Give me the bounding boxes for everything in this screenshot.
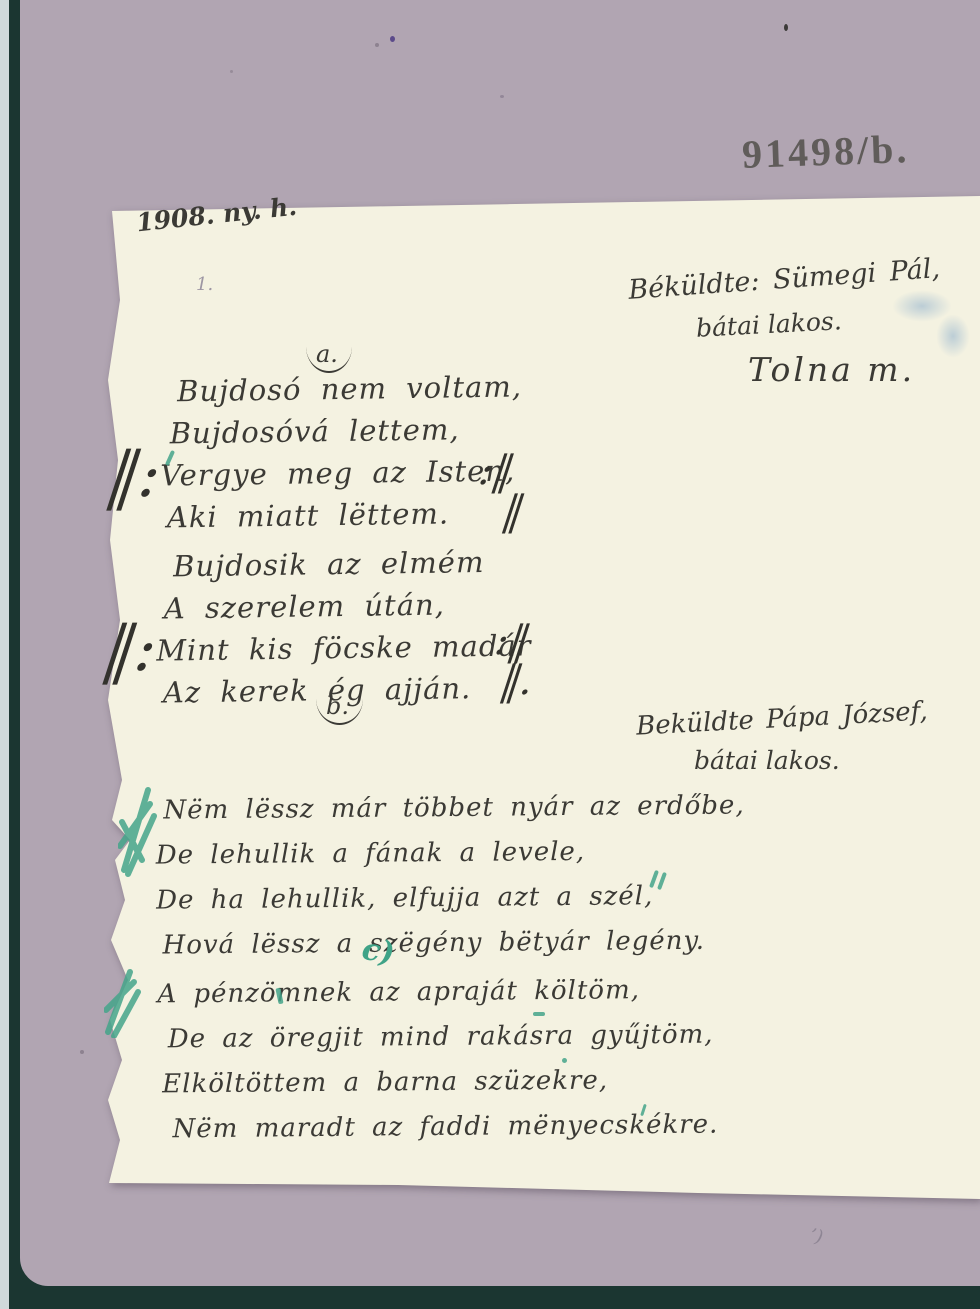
verse-line: Hová lëssz a szëgény bëtyár legény.: [162, 918, 746, 968]
mat-speck: [230, 70, 233, 73]
green-mark: [562, 1058, 567, 1063]
song1-verse1: Bujdosó nem voltam, Bujdosóvá lettem, Ve…: [157, 365, 524, 538]
verse-line: Elköltöttem a barna szüzekre,: [162, 1058, 718, 1108]
pencil-number: 1.: [196, 274, 213, 295]
scanned-manuscript-page: 91498/b. 1908. ny. h. 1. Béküldte: Sümeg…: [0, 0, 980, 1309]
verse-line: Aki miatt lëttem.: [167, 491, 524, 538]
green-crayon-scribble: [118, 782, 158, 877]
verse-line: Mint kis föcske madár: [156, 624, 532, 671]
mat-speck: [500, 95, 504, 98]
mat-speck: [390, 36, 395, 42]
submitter1-county: Tolna m.: [748, 350, 915, 389]
submitter2-residence-line: bátai lakos.: [694, 746, 840, 775]
mat-speck: [80, 1050, 84, 1054]
verse-line: De ha lehullik, elfujja azt a szél,: [156, 873, 746, 923]
blue-ink-smudge: [936, 314, 970, 358]
verse-line: Bujdosóvá lettem,: [169, 407, 522, 454]
green-mark: [533, 1012, 545, 1016]
verse-line: Nëm maradt az faddi mënyecskékre.: [172, 1103, 718, 1153]
song2-verse2: A pénzömnek az apraját költöm, De az öre…: [153, 968, 718, 1153]
song2-verse1: Nëm lëssz már többet nyár az erdőbe, De …: [159, 783, 746, 968]
verse-line: De az öregjit mind rakásra gyűjtöm,: [168, 1013, 718, 1063]
verse-line: A pénzömnek az apraját költöm,: [157, 968, 717, 1018]
mat-speck: [375, 43, 379, 47]
green-crayon-scribble: [104, 966, 142, 1038]
verse-line: Bujdosó nem voltam,: [177, 365, 522, 412]
verse-line: Nëm lëssz már többet nyár az erdőbe,: [163, 783, 745, 833]
archive-stamp-number: 91498/b.: [741, 125, 910, 178]
verse-line: Vergye meg az Isten,: [160, 449, 523, 496]
verse-line: Bujdosik az elmém: [173, 540, 531, 587]
verse-c-label: c): [360, 932, 397, 971]
song1-verse2: Bujdosik az elmém A szerelem útán, Mint …: [155, 540, 533, 713]
verse-line: A szerelem útán,: [163, 582, 531, 629]
scan-edge-light-strip: [0, 0, 9, 1309]
mat-speck: [784, 24, 788, 31]
